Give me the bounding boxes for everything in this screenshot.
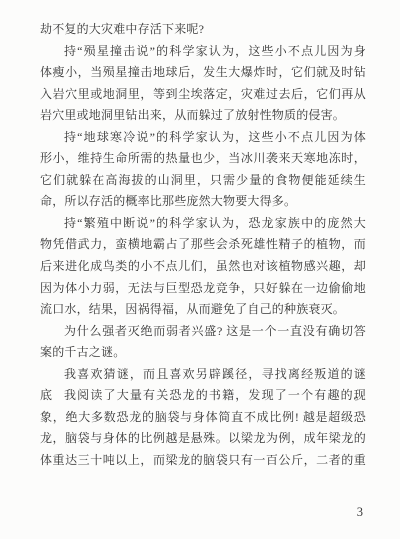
- text-line: 象，绝大多数恐龙的脑袋与身体简直不成比例! 越是超级恐: [40, 407, 366, 429]
- text-line: 因为体小力弱，无法与巨型恐龙竞争，只好躲在一边偷偷地: [40, 278, 366, 300]
- text-line: 劫不复的大灾难中存活下来呢?: [40, 19, 366, 41]
- text-line: 为什么强者灭绝而弱者兴盛? 这是一个一直没有确切答: [40, 321, 366, 343]
- text-line: 命，所以存活的概率比那些庞然大物要大得多。: [40, 191, 366, 213]
- text-line: 持“繁殖中断说”的科学家认为，恐龙家族中的庞然大: [40, 213, 366, 235]
- text-line: 岩穴里或地洞里钻出来，从而躲过了放射性物质的侵害。: [40, 105, 366, 127]
- text-line: 案的千古之谜。: [40, 342, 366, 364]
- paragraph: 持“地球寒冷说”的科学家认为，这些小不点儿因为体 形小，维持生命所需的热量也少，…: [40, 127, 366, 213]
- text-line: 入岩穴里或地洞里，等到尘埃落定，灾难过去后，它们再从: [40, 84, 366, 106]
- text-line: 持“殒星撞击说”的科学家认为，这些小不点儿因为身: [40, 41, 366, 63]
- book-page: 劫不复的大灾难中存活下来呢? 持“殒星撞击说”的科学家认为，这些小不点儿因为身 …: [0, 0, 400, 539]
- paragraph: 持“殒星撞击说”的科学家认为，这些小不点儿因为身 体瘦小，当殒星撞击地球后，发生…: [40, 41, 366, 127]
- text-line: 持“地球寒冷说”的科学家认为，这些小不点儿因为体: [40, 127, 366, 149]
- text-line: 物凭借武力，蛮横地霸占了那些会杀死雄性精子的植物，而: [40, 234, 366, 256]
- paragraph: 我阅读了大量有关恐龙的书籍，发现了一个有趣的现 象，绝大多数恐龙的脑袋与身体简直…: [40, 385, 366, 471]
- text-line: 流口水，结果，因祸得福，从而避免了自己的种族衰灭。: [40, 299, 366, 321]
- text-line: 龙，脑袋与身体的比例越是悬殊。以梁龙为例，成年梁龙的: [40, 428, 366, 450]
- text-line: 体瘦小，当殒星撞击地球后，发生大爆炸时，它们就及时钻: [40, 62, 366, 84]
- paragraph: 为什么强者灭绝而弱者兴盛? 这是一个一直没有确切答 案的千古之谜。: [40, 321, 366, 364]
- text-line: 后来进化成鸟类的小不点儿们，虽然也对该植物感兴趣，却: [40, 256, 366, 278]
- text-line: 我喜欢猜谜，而且喜欢另辟蹊径，寻找离经叛道的谜底。: [40, 364, 366, 386]
- text-line: 体重达三十吨以上，而梁龙的脑袋只有一百公斤，二者的重: [40, 450, 366, 472]
- page-text: 劫不复的大灾难中存活下来呢? 持“殒星撞击说”的科学家认为，这些小不点儿因为身 …: [40, 19, 366, 471]
- text-line: 它们就躲在高海拔的山洞里，只需少量的食物便能延续生: [40, 170, 366, 192]
- paragraph: 持“繁殖中断说”的科学家认为，恐龙家族中的庞然大 物凭借武力，蛮横地霸占了那些会…: [40, 213, 366, 321]
- page-number: 3: [357, 503, 363, 521]
- text-line: 形小，维持生命所需的热量也少，当冰川袭来天寒地冻时，: [40, 148, 366, 170]
- text-line: 我阅读了大量有关恐龙的书籍，发现了一个有趣的现: [40, 385, 366, 407]
- paragraph: 劫不复的大灾难中存活下来呢?: [40, 19, 366, 41]
- paragraph: 我喜欢猜谜，而且喜欢另辟蹊径，寻找离经叛道的谜底。: [40, 364, 366, 386]
